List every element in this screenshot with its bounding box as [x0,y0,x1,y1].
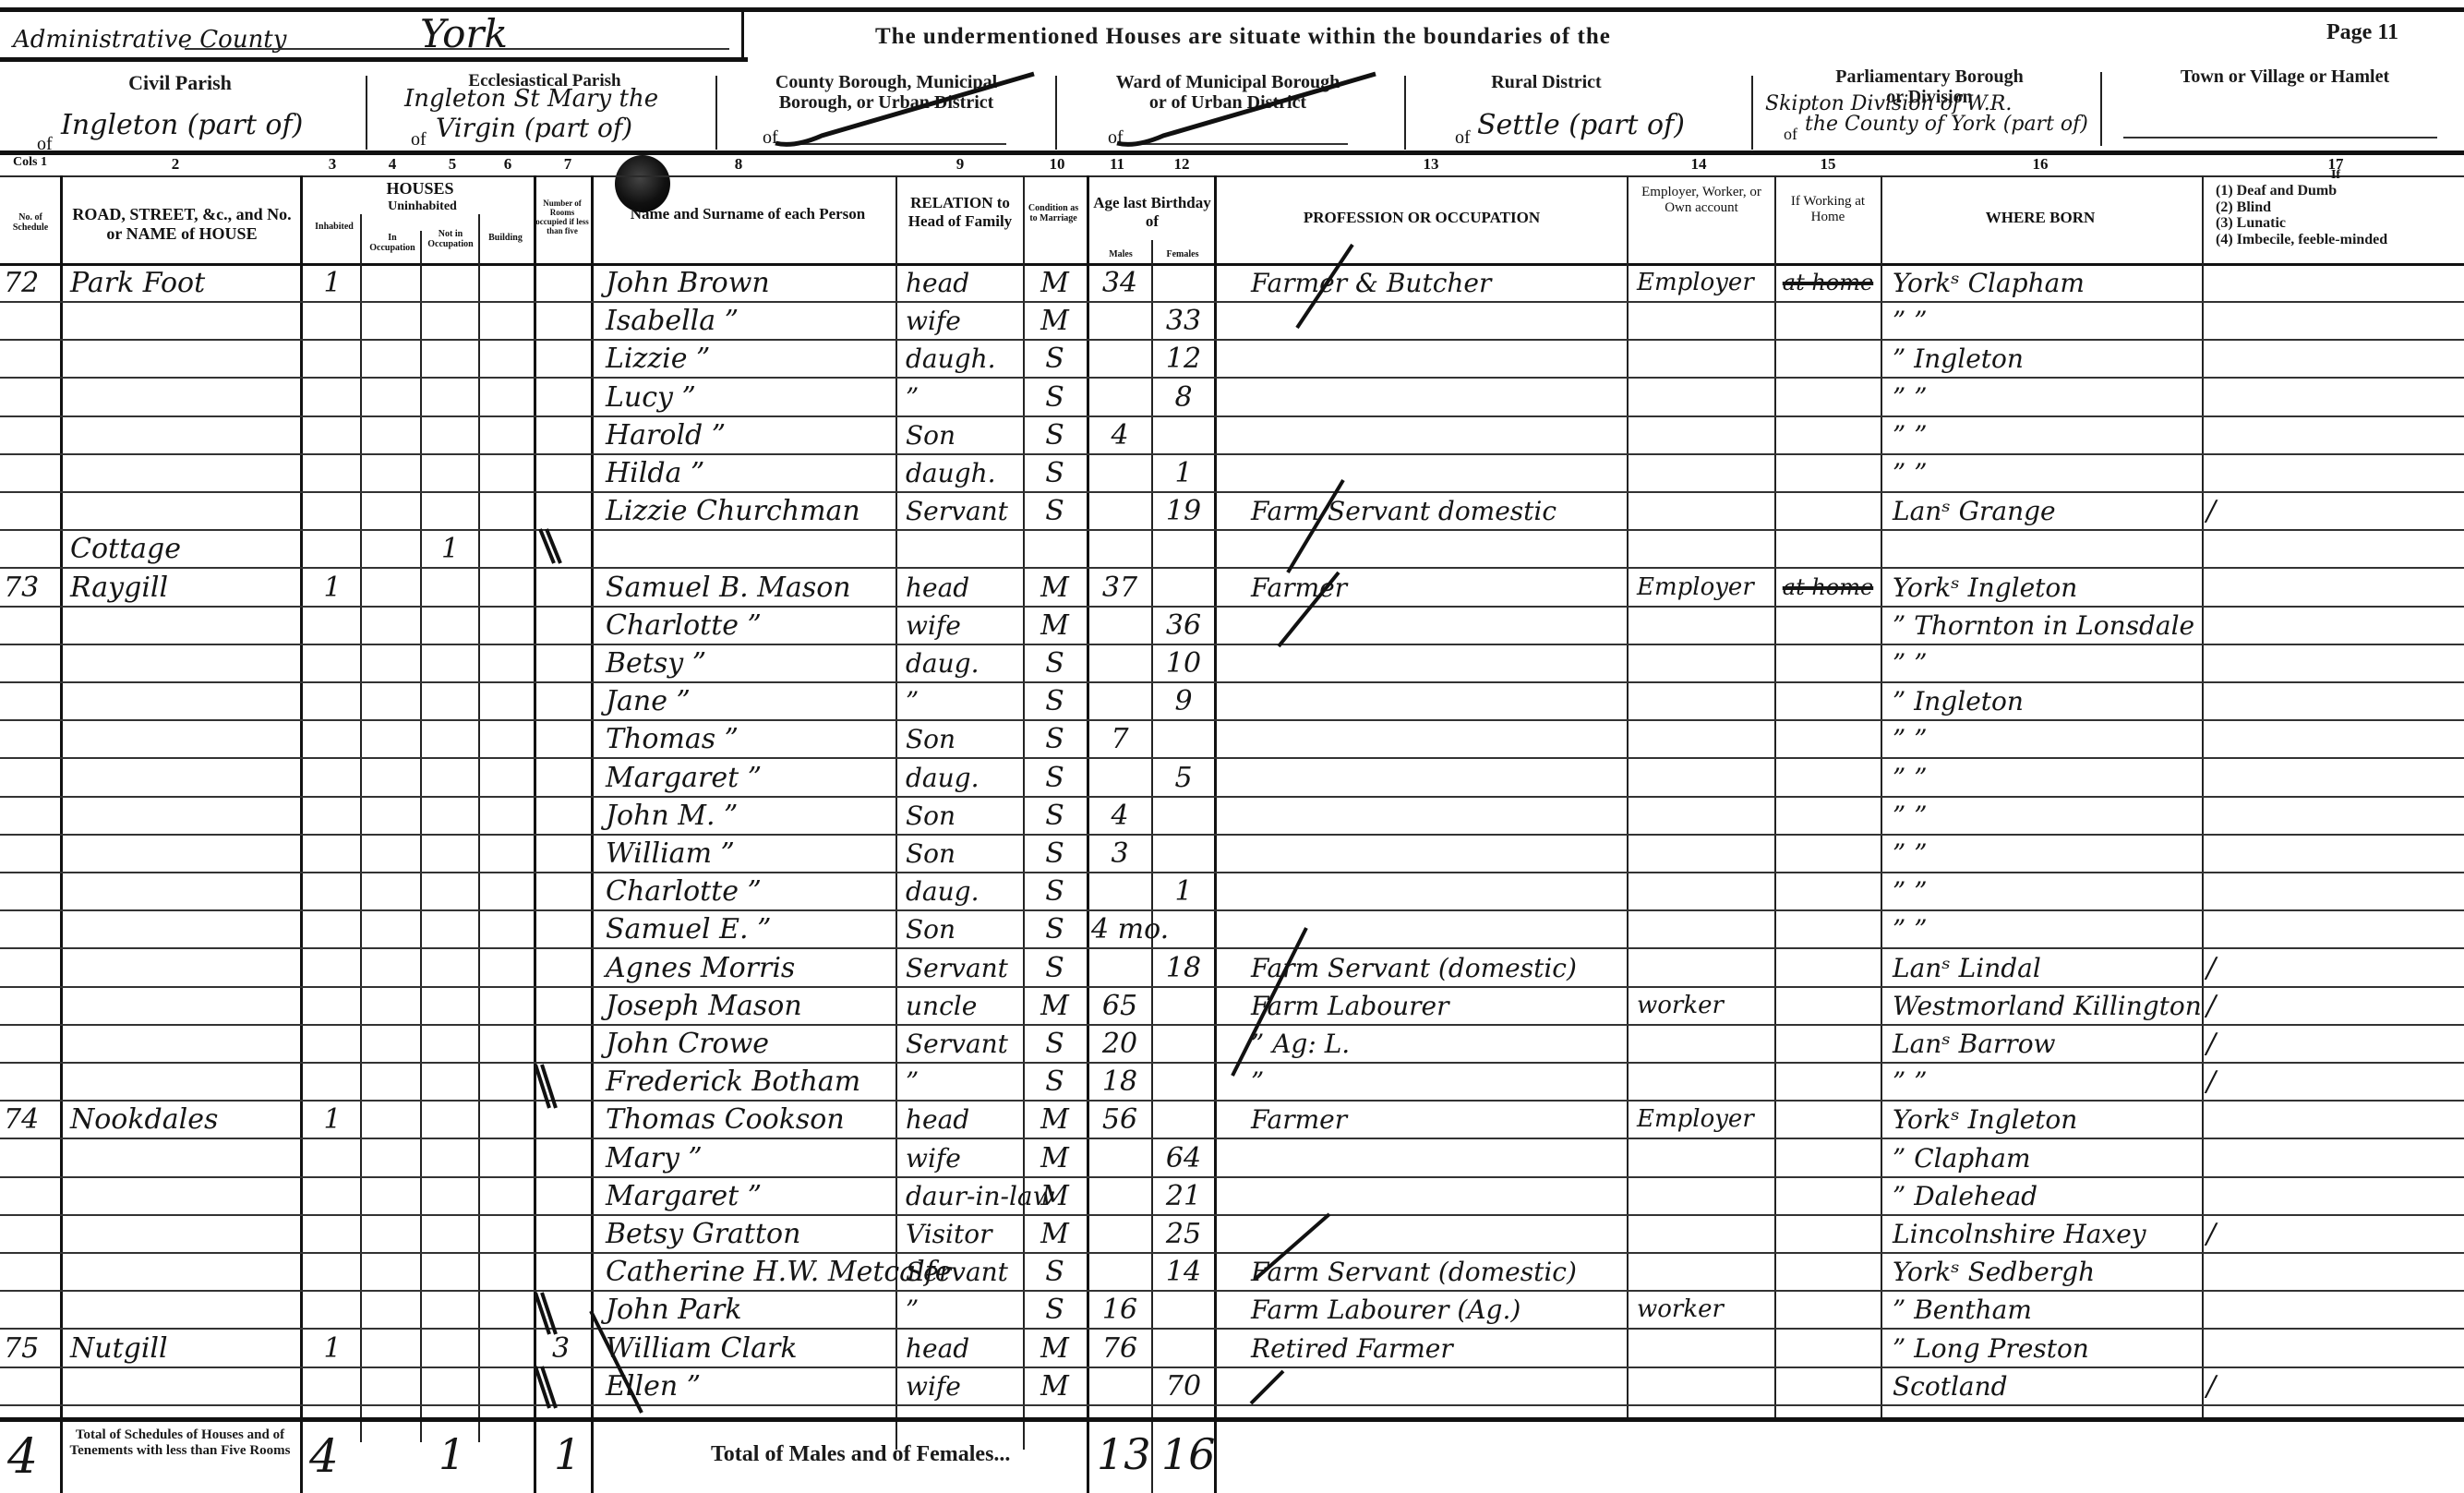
house-name [65,835,301,873]
house-name [65,1177,301,1215]
occupation: Farm Servant domestic [1223,492,1648,530]
marital-condition: S [1025,379,1085,416]
marital-condition: M [1025,987,1085,1025]
birthplace: Westmorland Killington [1883,987,2206,1025]
uninhabited-not-in-occupation [425,644,475,682]
row-rule [0,1404,2464,1406]
top-border-rule [0,7,2464,12]
marital-condition: S [1025,873,1085,910]
birthplace: Scotland [1883,1367,2206,1405]
birthplace: ” Thornton in Lonsdale [1883,607,2206,644]
col-number-11: 11 [1099,155,1136,174]
marital-condition: M [1025,1215,1085,1253]
table-row: Hilda ” daugh. S 1 ” ” [0,454,2464,492]
total-inhabited: 4 [309,1429,339,1483]
female-age: 64 [1154,1139,1213,1177]
working-at-home [1777,1139,1879,1177]
census-header: Administrative County York The underment… [0,0,2464,152]
inhabited-count [305,1215,360,1253]
working-at-home [1777,454,1879,492]
uninhabited-in-occupation [362,720,422,758]
rooms-count [535,1101,586,1138]
rooms-count [535,759,586,797]
house-name: Raygill [65,569,301,607]
house-name [65,416,301,454]
header-infirmity-if: If [2308,168,2363,183]
house-name [65,454,301,492]
inhabited-count [305,644,360,682]
uninhabited-in-occupation [362,1177,422,1215]
working-at-home [1777,797,1879,835]
parliamentary-prefix: of [1784,125,1797,144]
inhabited-count [305,873,360,910]
schedule-number: 72 [4,264,59,302]
house-name [65,1063,301,1101]
occupation [1223,1367,1648,1405]
inhabited-count [305,987,360,1025]
rooms-count: 3 [535,1330,586,1367]
rooms-count [535,987,586,1025]
building-count [480,1330,531,1367]
uninhabited-in-occupation [362,1291,422,1329]
birthplace: Lanˢ Grange [1883,492,2206,530]
schedule-number [4,1063,59,1101]
marital-condition: M [1025,1367,1085,1405]
total-rooms: 1 [554,1429,581,1479]
birthplace: ” ” [1883,1063,2206,1101]
totals-males-females-label: Total of Males and of Females... [711,1442,1010,1467]
county-box-edge [741,9,744,57]
employment-status [1629,379,1780,416]
occupation [1223,873,1648,910]
relation: Visitor [900,1215,1026,1253]
header-males: Males [1093,249,1148,259]
house-name [65,1139,301,1177]
col-number-16: 16 [2022,155,2059,174]
colnum-rule [0,175,2464,177]
female-age: 1 [1154,873,1213,910]
infirmity-mark [2206,569,2456,607]
person-name: Mary ” [600,1139,901,1177]
rooms-count [535,340,586,378]
col-number-7: 7 [549,155,586,174]
building-count [480,1215,531,1253]
inhabited-count: 1 [305,1101,360,1138]
relation: Son [900,910,1026,948]
employment-status [1629,1025,1780,1063]
rooms-count [535,1215,586,1253]
working-at-home [1777,759,1879,797]
uninhabited-not-in-occupation [425,607,475,644]
schedule-number [4,835,59,873]
employment-status [1629,797,1780,835]
house-name [65,797,301,835]
male-age [1091,379,1148,416]
ecclesiastical-parish-value-1: Ingleton St Mary the [404,85,658,113]
infirmity-mark: / [2206,987,2456,1025]
uninhabited-in-occupation [362,492,422,530]
header-occupation: PROFESSION OR OCCUPATION [1237,209,1606,227]
inhabited-count [305,1063,360,1101]
rooms-count [535,1177,586,1215]
uninhabited-not-in-occupation [425,910,475,948]
table-row: William ” Son S 3 ” ” [0,835,2464,873]
employment-status [1629,530,1780,568]
employment-status: worker [1629,1291,1780,1329]
infirmity-mark [2206,873,2456,910]
marital-condition: S [1025,682,1085,720]
occupation [1223,720,1648,758]
table-row: Mary ” wife M 64 ” Clapham [0,1139,2464,1177]
schedule-number: 74 [4,1101,59,1138]
uninhabited-in-occupation [362,1330,422,1367]
working-at-home [1777,379,1879,416]
uninhabited-not-in-occupation [425,1101,475,1138]
rooms-count [535,720,586,758]
header-rule [0,151,2464,155]
house-name [65,1291,301,1329]
male-age [1091,873,1148,910]
uninhabited-in-occupation [362,873,422,910]
infirmity-mark [2206,1139,2456,1177]
relation: Servant [900,949,1026,987]
uninhabited-not-in-occupation [425,1177,475,1215]
infirmity-mark: / [2206,1215,2456,1253]
inhabited-count [305,1177,360,1215]
rooms-count [535,1253,586,1291]
employment-status: worker [1629,987,1780,1025]
female-age [1154,1025,1213,1063]
building-count [480,607,531,644]
table-row: Joseph Mason uncle M 65 Farm Labourer wo… [0,987,2464,1025]
birthplace: ” Long Preston [1883,1330,2206,1367]
marital-condition: M [1025,1177,1085,1215]
birthplace: Yorkˢ Ingleton [1883,569,2206,607]
total-females: 16 [1161,1429,1216,1479]
rural-district-label: Rural District [1440,72,1653,92]
employment-status [1629,340,1780,378]
male-age [1091,949,1148,987]
person-name: Lizzie ” [600,340,901,378]
rooms-count [535,797,586,835]
building-count [480,1253,531,1291]
relation: ” [900,1063,1026,1101]
occupation [1223,797,1648,835]
table-row: Frederick Botham ” S 18 ” ” ” / [0,1063,2464,1101]
infirmity-mark: / [2206,1063,2456,1101]
inhabited-count [305,949,360,987]
occupation [1223,454,1648,492]
infirmity-option-2: (2) Blind [2216,199,2387,216]
uninhabited-in-occupation [362,949,422,987]
working-at-home [1777,530,1879,568]
uninhabited-not-in-occupation [425,416,475,454]
building-count [480,1367,531,1405]
building-count [480,949,531,987]
building-count [480,1063,531,1101]
header-in-occupation: In Occupation [365,233,420,253]
female-age [1154,797,1213,835]
uninhabited-in-occupation [362,1025,422,1063]
relation: head [900,1101,1026,1138]
uninhabited-in-occupation [362,569,422,607]
building-count [480,682,531,720]
person-name: Catherine H.W. Metcalfe [600,1253,901,1291]
table-row: John Crowe Servant S 20 ” Ag: L. Lanˢ Ba… [0,1025,2464,1063]
table-row: Betsy Gratton Visitor M 25 Lincolnshire … [0,1215,2464,1253]
table-row: Lizzie ” daugh. S 12 ” Ingleton [0,340,2464,378]
occupation [1223,759,1648,797]
house-name [65,492,301,530]
house-name [65,910,301,948]
building-count [480,1025,531,1063]
divider [1055,76,1057,150]
employment-status [1629,835,1780,873]
infirmity-mark [2206,1177,2456,1215]
uninhabited-not-in-occupation: 1 [425,530,475,568]
female-age [1154,1291,1213,1329]
county-rule [0,57,748,62]
schedule-number [4,987,59,1025]
person-name: William Clark [600,1330,901,1367]
person-name: Betsy ” [600,644,901,682]
uninhabited-in-occupation [362,1215,422,1253]
marital-condition: S [1025,720,1085,758]
infirmity-list: (1) Deaf and Dumb (2) Blind (3) Lunatic … [2216,183,2387,247]
table-row: Charlotte ” daug. S 1 ” ” [0,873,2464,910]
employment-status: Employer [1629,569,1780,607]
birthplace: ” ” [1883,454,2206,492]
uninhabited-in-occupation [362,682,422,720]
schedule-number [4,454,59,492]
uninhabited-in-occupation [362,379,422,416]
marital-condition: S [1025,910,1085,948]
col-number-4: 4 [374,155,411,174]
uninhabited-not-in-occupation [425,949,475,987]
civil-parish-label: Civil Parish [55,72,305,94]
parliamentary-value-2: the County of York (part of) [1805,113,2088,136]
house-name: Nutgill [65,1330,301,1367]
female-age [1154,416,1213,454]
schedule-number [4,759,59,797]
total-males: 13 [1097,1429,1151,1479]
male-age [1091,1139,1148,1177]
working-at-home [1777,1215,1879,1253]
working-at-home [1777,1101,1879,1138]
rooms-count [535,607,586,644]
employment-status [1629,759,1780,797]
header-inhabited: Inhabited [306,222,362,232]
female-age [1154,530,1213,568]
inhabited-count [305,682,360,720]
table-row: Cottage 1 [0,530,2464,568]
working-at-home [1777,1063,1879,1101]
schedule-number [4,873,59,910]
employment-status [1629,607,1780,644]
working-at-home: at home [1777,569,1879,607]
house-name: Park Foot [65,264,301,302]
female-age: 19 [1154,492,1213,530]
uninhabited-not-in-occupation [425,835,475,873]
schedule-number [4,644,59,682]
marital-condition: S [1025,1291,1085,1329]
person-name: John Crowe [600,1025,901,1063]
house-name: Cottage [65,530,301,568]
uninhabited-not-in-occupation [425,720,475,758]
person-name: Ellen ” [600,1367,901,1405]
table-row: 72 Park Foot 1 John Brown head M 34 Farm… [0,264,2464,302]
header-road: ROAD, STREET, &c., and No. or NAME of HO… [66,205,297,243]
marital-condition: S [1025,340,1085,378]
schedule-number [4,340,59,378]
person-name: Frederick Botham [600,1063,901,1101]
employment-status [1629,1177,1780,1215]
person-name: Isabella ” [600,302,901,340]
uninhabited-in-occupation [362,835,422,873]
male-age: 20 [1091,1025,1148,1063]
rural-district-prefix: of [1455,127,1471,149]
female-age [1154,569,1213,607]
occupation [1223,835,1648,873]
table-row: 73 Raygill 1 Samuel B. Mason head M 37 F… [0,569,2464,607]
uninhabited-in-occupation [362,607,422,644]
infirmity-mark [2206,1101,2456,1138]
inhabited-count [305,797,360,835]
uninhabited-in-occupation [362,797,422,835]
working-at-home [1777,720,1879,758]
person-name: Thomas Cookson [600,1101,901,1138]
inhabited-count [305,759,360,797]
male-age: 4 [1091,797,1148,835]
table-row: Harold ” Son S 4 ” ” [0,416,2464,454]
schedule-number [4,379,59,416]
working-at-home [1777,1367,1879,1405]
inhabited-count [305,910,360,948]
header-houses: HOUSES [309,179,531,199]
building-count [480,530,531,568]
female-age [1154,1063,1213,1101]
relation: Servant [900,492,1026,530]
uninhabited-in-occupation [362,1101,422,1138]
infirmity-option-4: (4) Imbecile, feeble-minded [2216,232,2387,248]
relation: head [900,1330,1026,1367]
male-age: 3 [1091,835,1148,873]
house-name: Nookdales [65,1101,301,1138]
inhabited-count [305,720,360,758]
schedule-number [4,1025,59,1063]
rooms-count [535,492,586,530]
occupation: Farmer [1223,1101,1648,1138]
person-name: Betsy Gratton [600,1215,901,1253]
rooms-count [535,379,586,416]
schedule-number [4,416,59,454]
col-number-5: 5 [434,155,471,174]
relation: head [900,569,1026,607]
house-name [65,987,301,1025]
infirmity-mark: / [2206,1367,2456,1405]
uninhabited-in-occupation [362,340,422,378]
house-name [65,644,301,682]
civil-parish-value: Ingleton (part of) [61,109,303,141]
header-where-born: WHERE BORN [1893,209,2188,227]
person-name: Joseph Mason [600,987,901,1025]
male-age: 7 [1091,720,1148,758]
house-name [65,949,301,987]
infirmity-mark [2206,379,2456,416]
person-name [600,530,901,568]
table-row: Catherine H.W. Metcalfe Servant S 14 Far… [0,1253,2464,1291]
inhabited-count [305,379,360,416]
occupation [1223,607,1648,644]
birthplace: ” ” [1883,379,2206,416]
schedule-number [4,492,59,530]
town-underline [2123,137,2437,138]
birthplace: ” ” [1883,720,2206,758]
employment-status [1629,416,1780,454]
female-age: 70 [1154,1367,1213,1405]
header-age: Age last Birthday of [1091,194,1213,230]
working-at-home [1777,1177,1879,1215]
occupation [1223,379,1648,416]
building-count [480,1177,531,1215]
marital-condition: M [1025,302,1085,340]
uninhabited-not-in-occupation [425,340,475,378]
female-age: 10 [1154,644,1213,682]
marital-condition: S [1025,1253,1085,1291]
marital-condition: S [1025,454,1085,492]
female-age: 18 [1154,949,1213,987]
infirmity-mark [2206,835,2456,873]
occupation: Farm Labourer [1223,987,1648,1025]
relation: ” [900,379,1026,416]
rooms-count [535,454,586,492]
occupation: ” Ag: L. [1223,1025,1648,1063]
working-at-home [1777,1025,1879,1063]
person-name: Agnes Morris [600,949,901,987]
marital-condition: S [1025,492,1085,530]
uninhabited-in-occupation [362,1367,422,1405]
female-age: 12 [1154,340,1213,378]
relation: daug. [900,644,1026,682]
employment-status [1629,1139,1780,1177]
table-row: Lucy ” ” S 8 ” ” [0,379,2464,416]
uninhabited-not-in-occupation [425,302,475,340]
male-age [1091,492,1148,530]
working-at-home [1777,492,1879,530]
table-row: Margaret ” daug. S 5 ” ” [0,759,2464,797]
uninhabited-not-in-occupation [425,987,475,1025]
employment-status [1629,682,1780,720]
building-count [480,910,531,948]
relation: wife [900,302,1026,340]
building-count [480,835,531,873]
building-count [480,569,531,607]
house-name [65,759,301,797]
male-age [1091,454,1148,492]
relation: ” [900,682,1026,720]
infirmity-mark [2206,530,2456,568]
male-age [1091,1215,1148,1253]
employment-status [1629,873,1780,910]
uninhabited-in-occupation [362,987,422,1025]
infirmity-mark: / [2206,492,2456,530]
infirmity-mark [2206,759,2456,797]
inhabited-count [305,1139,360,1177]
female-age [1154,910,1213,948]
female-age: 33 [1154,302,1213,340]
male-age [1091,1253,1148,1291]
house-name [65,1025,301,1063]
